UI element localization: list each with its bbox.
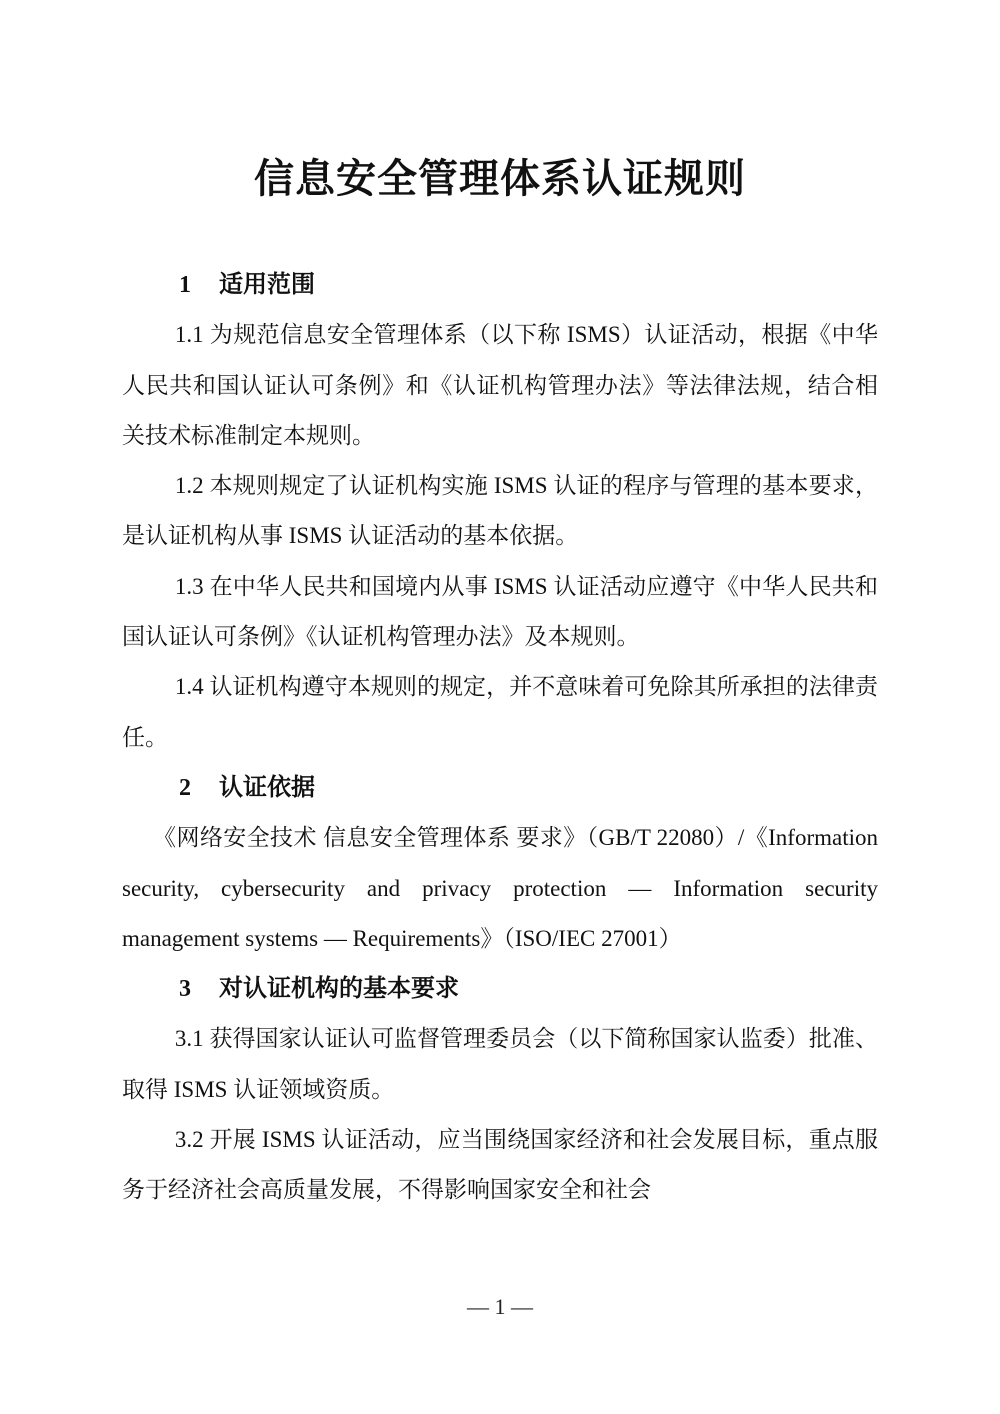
document-body: 1适用范围 1.1 为规范信息安全管理体系（以下称 ISMS）认证活动，根据《中… — [122, 260, 878, 1216]
heading-label: 认证依据 — [219, 774, 315, 801]
paragraph-1-1: 1.1 为规范信息安全管理体系（以下称 ISMS）认证活动，根据《中华人民共和国… — [122, 310, 878, 461]
section-heading-3: 3对认证机构的基本要求 — [122, 964, 878, 1014]
section-heading-1: 1适用范围 — [122, 260, 878, 310]
paragraph-1-3: 1.3 在中华人民共和国境内从事 ISMS 认证活动应遵守《中华人民共和国认证认… — [122, 562, 878, 663]
heading-label: 适用范围 — [219, 271, 315, 298]
heading-number: 2 — [179, 775, 191, 801]
heading-number: 3 — [179, 976, 191, 1002]
document-page: 信息安全管理体系认证规则 1适用范围 1.1 为规范信息安全管理体系（以下称 I… — [0, 0, 1000, 1414]
paragraph-3-1: 3.1 获得国家认证认可监督管理委员会（以下简称国家认监委）批准、取得 ISMS… — [122, 1014, 878, 1115]
heading-label: 对认证机构的基本要求 — [219, 975, 459, 1002]
heading-number: 1 — [179, 272, 191, 298]
page-title: 信息安全管理体系认证规则 — [122, 0, 878, 203]
paragraph-1-4: 1.4 认证机构遵守本规则的规定，并不意味着可免除其所承担的法律责任。 — [122, 662, 878, 763]
paragraph-1-2: 1.2 本规则规定了认证机构实施 ISMS 认证的程序与管理的基本要求，是认证机… — [122, 461, 878, 562]
paragraph-3-2: 3.2 开展 ISMS 认证活动，应当围绕国家经济和社会发展目标，重点服务于经济… — [122, 1115, 878, 1216]
section-heading-2: 2认证依据 — [122, 763, 878, 813]
paragraph-certification-basis: 《网络安全技术 信息安全管理体系 要求》（GB/T 22080）/《Inform… — [122, 813, 878, 964]
page-number-footer: — 1 — — [0, 1294, 1000, 1320]
